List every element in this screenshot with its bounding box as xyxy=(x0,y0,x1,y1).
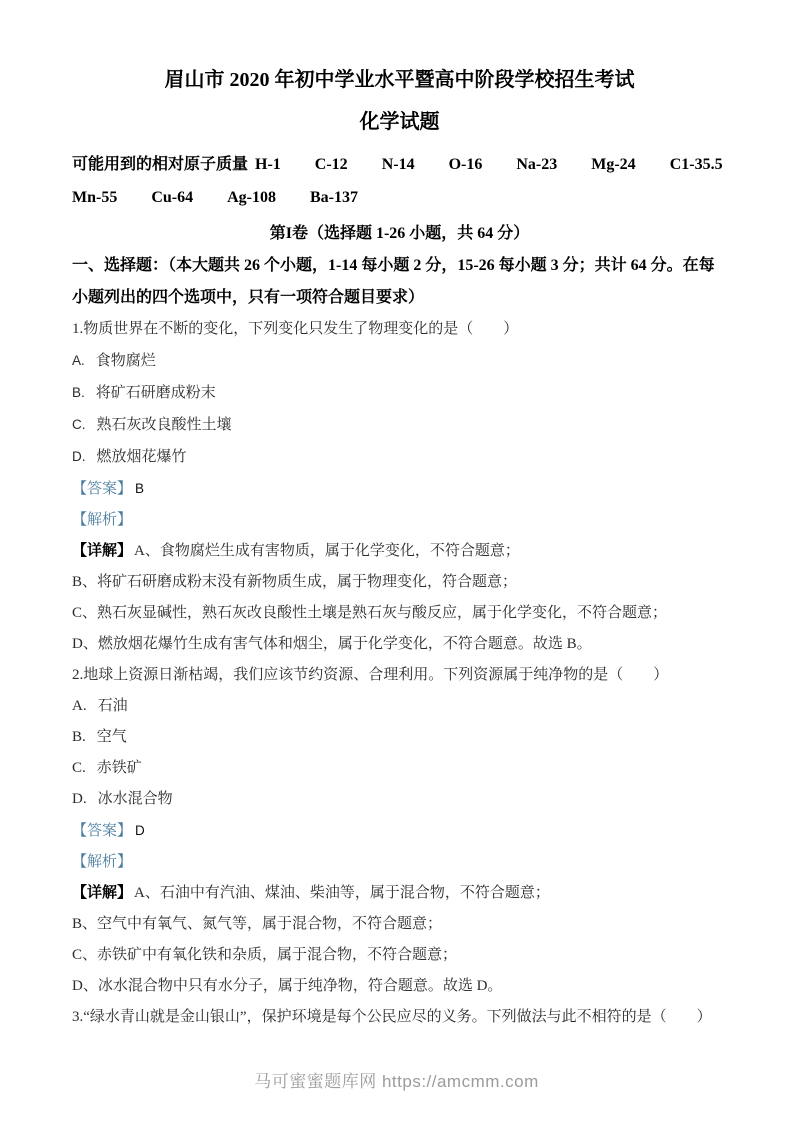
answer-label: 【答案】 xyxy=(72,481,132,497)
atomic-mass-h: H-1 xyxy=(255,148,281,181)
question-1-option-a: A.食物腐烂 xyxy=(72,345,727,377)
site-watermark: 马可蜜蜜题库网 https://amcmm.com xyxy=(0,1067,793,1092)
question-2-detail-line-1: 【详解】A、石油中有汽油、煤油、柴油等，属于混合物，不符合题意； xyxy=(72,878,727,909)
option-text: 燃放烟花爆竹 xyxy=(97,449,187,465)
atomic-mass-label: 可能用到的相对原子质量 xyxy=(72,148,248,181)
option-text: 熟石灰改良酸性土壤 xyxy=(97,417,232,433)
instructions-line-1: 一、选择题：（本大题共 26 个小题，1-14 每小题 2 分，15-26 每小… xyxy=(72,250,727,282)
exam-title: 眉山市 2020 年初中学业水平暨高中阶段学校招生考试 xyxy=(72,64,727,96)
question-2-option-d: D.冰水混合物 xyxy=(72,784,727,815)
atomic-mass-row-1: 可能用到的相对原子质量 H-1 C-12 N-14 O-16 Na-23 Mg-… xyxy=(72,148,727,181)
question-1-detail-line-1: 【详解】A、食物腐烂生成有害物质，属于化学变化，不符合题意； xyxy=(72,536,727,567)
question-1-detail-line-2: B、将矿石研磨成粉末没有新物质生成，属于物理变化，符合题意； xyxy=(72,567,727,598)
atomic-mass-cu: Cu-64 xyxy=(151,181,193,214)
question-1-detail-line-4: D、燃放烟花爆竹生成有害气体和烟尘，属于化学变化，不符合题意。故选 B。 xyxy=(72,629,727,660)
question-1-option-b: B.将矿石研磨成粉末 xyxy=(72,377,727,409)
option-letter: D. xyxy=(72,791,87,807)
atomic-mass-mn: Mn-55 xyxy=(72,181,117,214)
option-letter: C. xyxy=(72,417,86,432)
question-1-option-d: D.燃放烟花爆竹 xyxy=(72,441,727,473)
question-1-option-c: C.熟石灰改良酸性土壤 xyxy=(72,409,727,441)
atomic-mass-c: C-12 xyxy=(315,148,348,181)
question-2-detail-line-4: D、冰水混合物中只有水分子，属于纯净物，符合题意。故选 D。 xyxy=(72,971,727,1002)
option-text: 食物腐烂 xyxy=(96,353,156,369)
detail-label: 【详解】 xyxy=(72,885,132,901)
option-letter: D. xyxy=(72,449,86,464)
atomic-mass-row-2: Mn-55 Cu-64 Ag-108 Ba-137 xyxy=(72,181,727,214)
question-2-detail-line-3: C、赤铁矿中有氧化铁和杂质，属于混合物，不符合题意； xyxy=(72,940,727,971)
question-1: 1.物质世界在不断的变化，下列变化只发生了物理变化的是（ ） A.食物腐烂 B.… xyxy=(72,314,727,660)
question-1-detail-line-3: C、熟石灰显碱性，熟石灰改良酸性土壤是熟石灰与酸反应，属于化学变化，不符合题意； xyxy=(72,598,727,629)
atomic-mass-mg: Mg-24 xyxy=(591,148,635,181)
atomic-mass-na: Na-23 xyxy=(516,148,557,181)
option-letter: B. xyxy=(72,385,85,400)
detail-text: A、食物腐烂生成有害物质，属于化学变化，不符合题意； xyxy=(134,543,520,559)
detail-text: A、石油中有汽油、煤油、柴油等，属于混合物，不符合题意； xyxy=(134,885,550,901)
question-2-option-b: B.空气 xyxy=(72,722,727,753)
question-2: 2.地球上资源日渐枯竭，我们应该节约资源、合理利用。下列资源属于纯净物的是（ ）… xyxy=(72,660,727,1002)
question-2-detail-line-2: B、空气中有氧气、氮气等，属于混合物，不符合题意； xyxy=(72,909,727,940)
option-letter: B. xyxy=(72,729,86,745)
detail-label: 【详解】 xyxy=(72,543,132,559)
option-text: 将矿石研磨成粉末 xyxy=(96,385,216,401)
answer-label: 【答案】 xyxy=(72,823,132,839)
option-text: 赤铁矿 xyxy=(97,760,142,776)
exam-subtitle: 化学试题 xyxy=(72,106,727,138)
section-title: 第I卷（选择题 1-26 小题，共 64 分） xyxy=(72,218,727,250)
answer-value: D xyxy=(135,823,145,838)
question-2-option-a: A.石油 xyxy=(72,691,727,722)
question-1-stem: 1.物质世界在不断的变化，下列变化只发生了物理变化的是（ ） xyxy=(72,314,727,345)
atomic-mass-ag: Ag-108 xyxy=(227,181,276,214)
answer-value: B xyxy=(135,481,144,496)
question-2-answer-line: 【答案】D xyxy=(72,815,727,847)
question-1-answer-line: 【答案】B xyxy=(72,473,727,505)
question-2-analysis-label: 【解析】 xyxy=(72,847,727,878)
option-letter: A. xyxy=(72,353,85,368)
instructions-line-2: 小题列出的四个选项中，只有一项符合题目要求） xyxy=(72,282,727,314)
option-letter: A. xyxy=(72,698,87,714)
atomic-mass-n: N-14 xyxy=(382,148,415,181)
option-text: 冰水混合物 xyxy=(98,791,173,807)
question-1-analysis-label: 【解析】 xyxy=(72,505,727,536)
atomic-mass-cl: C1-35.5 xyxy=(670,148,723,181)
option-text: 空气 xyxy=(97,729,127,745)
atomic-mass-ba: Ba-137 xyxy=(310,181,358,214)
exam-document-page: 眉山市 2020 年初中学业水平暨高中阶段学校招生考试 化学试题 可能用到的相对… xyxy=(0,0,793,1122)
question-2-stem: 2.地球上资源日渐枯竭，我们应该节约资源、合理利用。下列资源属于纯净物的是（ ） xyxy=(72,660,727,691)
question-2-option-c: C.赤铁矿 xyxy=(72,753,727,784)
question-3-stem: 3.“绿水青山就是金山银山”，保护环境是每个公民应尽的义务。下列做法与此不相符的… xyxy=(72,1002,727,1033)
option-letter: C. xyxy=(72,760,86,776)
atomic-mass-o: O-16 xyxy=(449,148,483,181)
option-text: 石油 xyxy=(98,698,128,714)
